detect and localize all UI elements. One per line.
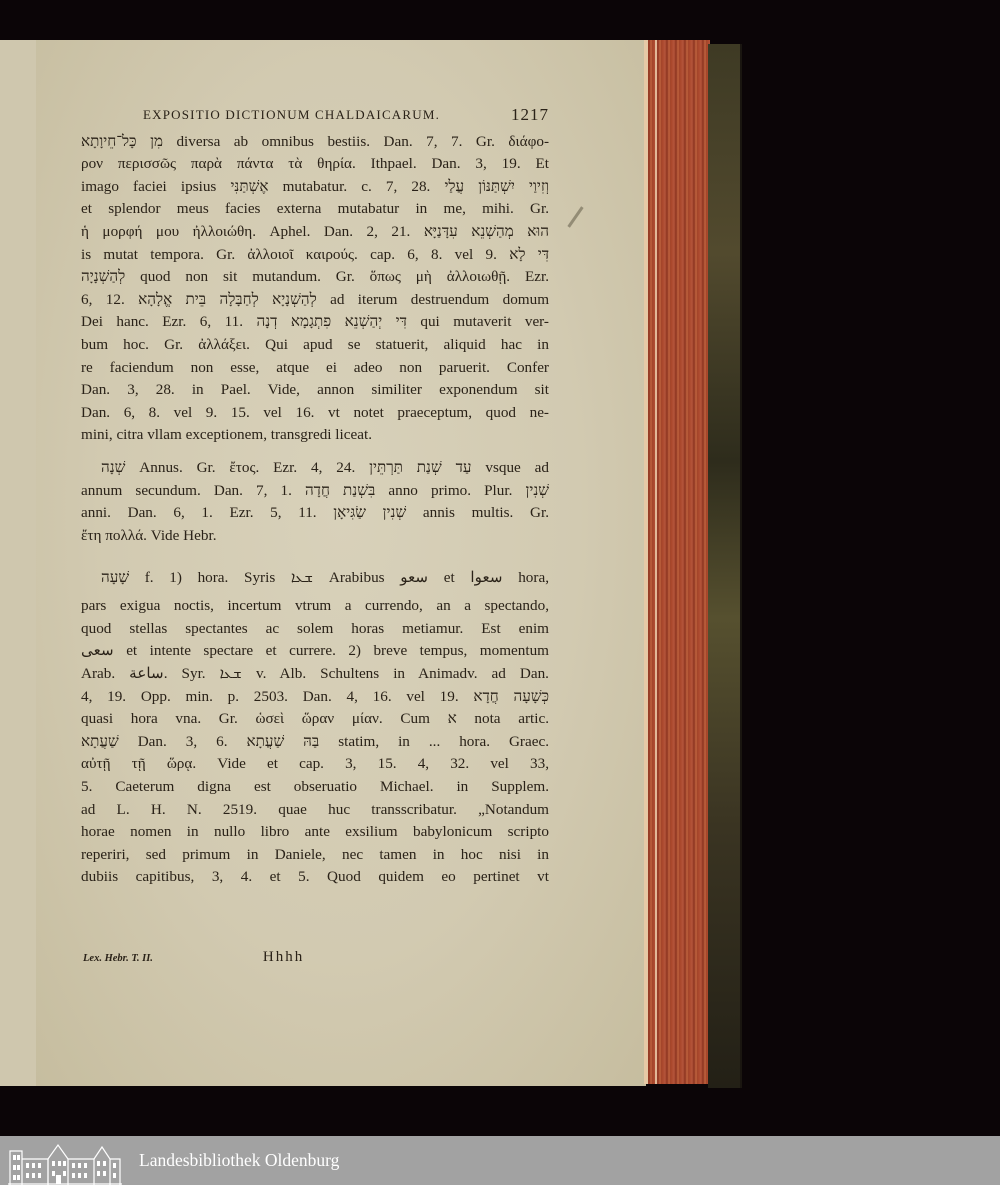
red-page-edges <box>644 40 710 1084</box>
entry-continuation: מִן כָּל־חֵיוָתָא diversa ab omnibus bes… <box>81 131 549 447</box>
text-line: reperiri, sed primum in Daniele, nec tam… <box>81 844 549 867</box>
text-line: quod stellas spectantes ac solem horas m… <box>81 618 549 641</box>
text-line: 4, 19. Opp. min. p. 2503. Dan. 4, 16. ve… <box>81 686 549 709</box>
text-line: annum secundum. Dan. 7, 1. בִּשְׁנַת חֲד… <box>81 480 549 503</box>
text-line: ἡ μορφή μου ἠλλοιώθη. Aphel. Dan. 2, 21.… <box>81 221 549 244</box>
text-line: 6, 12. לְהַשְׁנָיָא לְחַבָּלָה בֵּית אֱל… <box>81 289 549 312</box>
entry-headword-line: שְׁנָה Annus. Gr. ἔτος. Ezr. 4, 24. עַד … <box>81 457 549 480</box>
text-line: horae nomen in nullo libro ante exsilium… <box>81 821 549 844</box>
text-line: is mutat tempora. Gr. ἀλλοιοῖ καιρούς. c… <box>81 244 549 267</box>
page-edge-highlight <box>644 40 648 1084</box>
text-line: Arab. ساعة. Syr. ܫܥܐ v. Alb. Schultens i… <box>81 663 549 686</box>
book-cover-edge <box>708 44 742 1088</box>
text-line: anni. Dan. 6, 1. Ezr. 5, 11. שְׁנִין שַׂ… <box>81 502 549 525</box>
text-line: שַׁעֲתָא Dan. 3, 6. בַּהּ שַׁעֲתָא stati… <box>81 731 549 754</box>
text-line: ἔτη πολλά. Vide Hebr. <box>81 525 549 548</box>
library-building-icon <box>8 1141 122 1185</box>
page-footer: Lex. Hebr. T. II. Hhhh <box>83 953 383 966</box>
running-header-title: EXPOSITIO DICTIONUM CHALDAICARUM. <box>143 104 440 127</box>
entry-shenah: שְׁנָה Annus. Gr. ἔτος. Ezr. 4, 24. עַד … <box>81 457 549 547</box>
text-line: dubiis capitibus, 3, 4. et 5. Quod quide… <box>81 866 549 889</box>
text-line: מִן כָּל־חֵיוָתָא diversa ab omnibus bes… <box>81 131 549 154</box>
text-line: Dan. 6, 8. vel 9. 15. vel 16. vt notet p… <box>81 402 549 425</box>
library-name: Landesbibliothek Oldenburg <box>139 1150 339 1171</box>
text-line: quasi hora vna. Gr. ὡσεὶ ὥραν μίαν. Cum … <box>81 708 549 731</box>
left-page-stub <box>0 40 38 1086</box>
text-line: mini, citra vllam exceptionem, transgred… <box>81 424 549 447</box>
running-header: EXPOSITIO DICTIONUM CHALDAICARUM. 1217 <box>143 104 549 127</box>
text-line: לְהַשְׁנָיָה quod non sit mutandum. Gr. … <box>81 266 549 289</box>
text-line: 5. Caeterum digna est obseruatio Michael… <box>81 776 549 799</box>
text-line: re faciendum non esse, atque ei adeo non… <box>81 357 549 380</box>
text-line: ad L. H. N. 2519. quae huc transscribatu… <box>81 799 549 822</box>
text-line: Dan. 3, 28. in Pael. Vide, annon similit… <box>81 379 549 402</box>
page-text: EXPOSITIO DICTIONUM CHALDAICARUM. 1217 מ… <box>81 104 549 889</box>
text-line: et splendor meus facies externa mutabatu… <box>81 198 549 221</box>
entry-shaah: שָׁעָה f. 1) hora. Syris ܫܥܐ Arabibus سع… <box>81 561 549 889</box>
library-footer-bar: Landesbibliothek Oldenburg <box>0 1136 1000 1185</box>
gathering-mark: Hhhh <box>263 949 304 966</box>
page-edge-highlight <box>655 40 657 1084</box>
text-line: سعى et intente spectare et currere. 2) b… <box>81 640 549 663</box>
text-line: pars exigua noctis, incertum vtrum a cur… <box>81 595 549 618</box>
text-line: imago faciei ipsius אֶשְׁתַּנִּי mutabat… <box>81 176 549 199</box>
text-line: αὐτῇ τῇ ὥρᾳ. Vide et cap. 3, 15. 4, 32. … <box>81 753 549 776</box>
signature-mark: Lex. Hebr. T. II. <box>83 953 153 966</box>
text-line: bum hoc. Gr. ἀλλάξει. Qui apud se statue… <box>81 334 549 357</box>
entry-headword-line: שָׁעָה f. 1) hora. Syris ܫܥܐ Arabibus سع… <box>81 561 549 595</box>
text-line: ρον περισσῶς παρὰ πάντα τὰ θηρία. Ithpae… <box>81 153 549 176</box>
page-number: 1217 <box>511 104 549 127</box>
text-line: Dei hanc. Ezr. 6, 11. דִּי יְהַשְׁנֵא פִ… <box>81 311 549 334</box>
